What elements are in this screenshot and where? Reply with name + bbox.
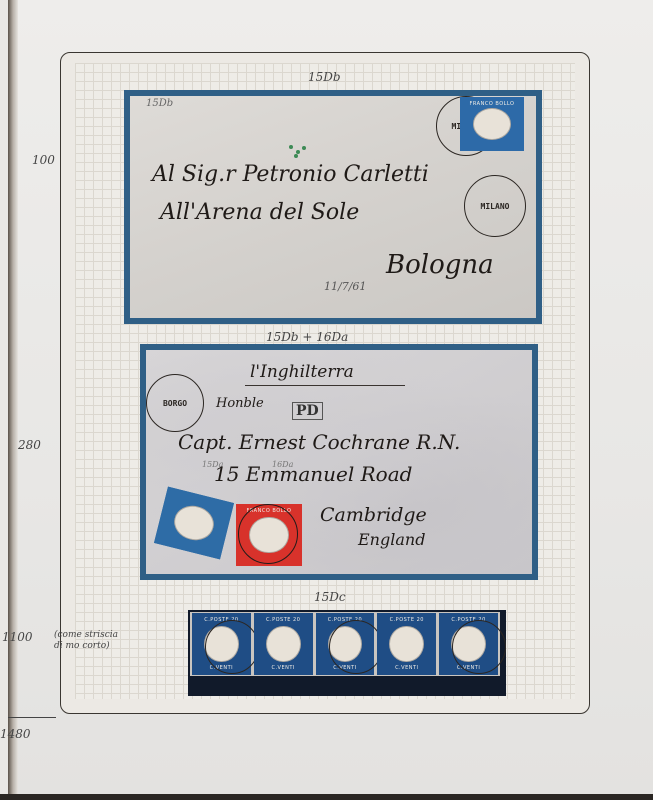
strip-stamp: C.POSTE 20C.VENTI [377,613,436,675]
destination-line: l'Inghilterra [250,362,354,382]
stamp-blue-20c: FRANCO BOLLO [460,97,524,151]
postmark-on-red [238,504,298,564]
strip-stamp: C.POSTE 20C.VENTI [316,613,375,675]
strip-stamp: C.POSTE 20C.VENTI [254,613,313,675]
stamp-denomination: C.VENTI [395,665,418,671]
album-spine [8,0,18,800]
address-line-2: All'Arena del Sole [160,200,359,225]
cover-2[interactable]: BORGO l'Inghilterra Honble PD Capt. Erne… [140,344,538,580]
postmark-borgo [205,620,259,674]
cover-1-label: 15Db [308,70,341,84]
address-line-city: Cambridge [320,504,427,526]
postmark-milano-2: MILANO [464,175,526,237]
green-ink-mark [294,154,298,158]
strip-note: (come striscia di mo corto) [54,630,124,652]
stamp-portrait [473,108,511,140]
underline [245,385,405,386]
cover-1-corner-note: 15Db [146,98,173,109]
honorific: Honble [216,396,264,411]
green-ink-mark [289,145,293,149]
stamp-portrait [170,501,218,544]
stamp-strip[interactable]: C.POSTE 20C.VENTIC.POSTE 20C.VENTIC.POST… [188,610,506,696]
margin-divider [8,717,56,718]
pd-handstamp: PD [292,402,323,420]
cover-3-label: 15Dc [314,590,346,604]
margin-value-100: 100 [32,153,55,167]
address-line-street: 15 Emmanuel Road [214,462,412,486]
strip-stamps: C.POSTE 20C.VENTIC.POSTE 20C.VENTIC.POST… [192,613,498,675]
address-line-name: Capt. Ernest Cochrane R.N. [178,430,460,454]
margin-value-1480: 1480 [0,727,31,741]
address-line-country: England [358,530,425,549]
postmark-borgo [329,620,383,674]
stamp-top-text: C.POSTE 20 [390,617,424,623]
album-page: 100 280 1100 1480 (come striscia di mo c… [8,0,653,800]
strip-stamp: C.POSTE 20C.VENTI [192,613,251,675]
address-city: Bologna [386,250,494,280]
stamp-portrait [389,626,424,663]
green-ink-mark [302,146,306,150]
photo-edge [0,794,653,800]
postmark-borgo: BORGO [146,374,204,432]
margin-value-1100: 1100 [2,630,33,644]
postmark-borgo [452,620,506,674]
stamp-top-text: C.POSTE 20 [266,617,300,623]
stamp-portrait [266,626,301,663]
pencil-date: 11/7/61 [324,280,366,293]
cover-2-label: 15Db + 16Da [266,330,348,344]
strip-stamp: C.POSTE 20C.VENTI [439,613,498,675]
cover-1[interactable]: 15Db MILANO FRANCO BOLLO MILANO Al Sig.r… [124,90,542,324]
stamp-denomination: C.VENTI [271,665,294,671]
address-line-1: Al Sig.r Petronio Carletti [152,162,429,187]
margin-value-280: 280 [18,438,41,452]
